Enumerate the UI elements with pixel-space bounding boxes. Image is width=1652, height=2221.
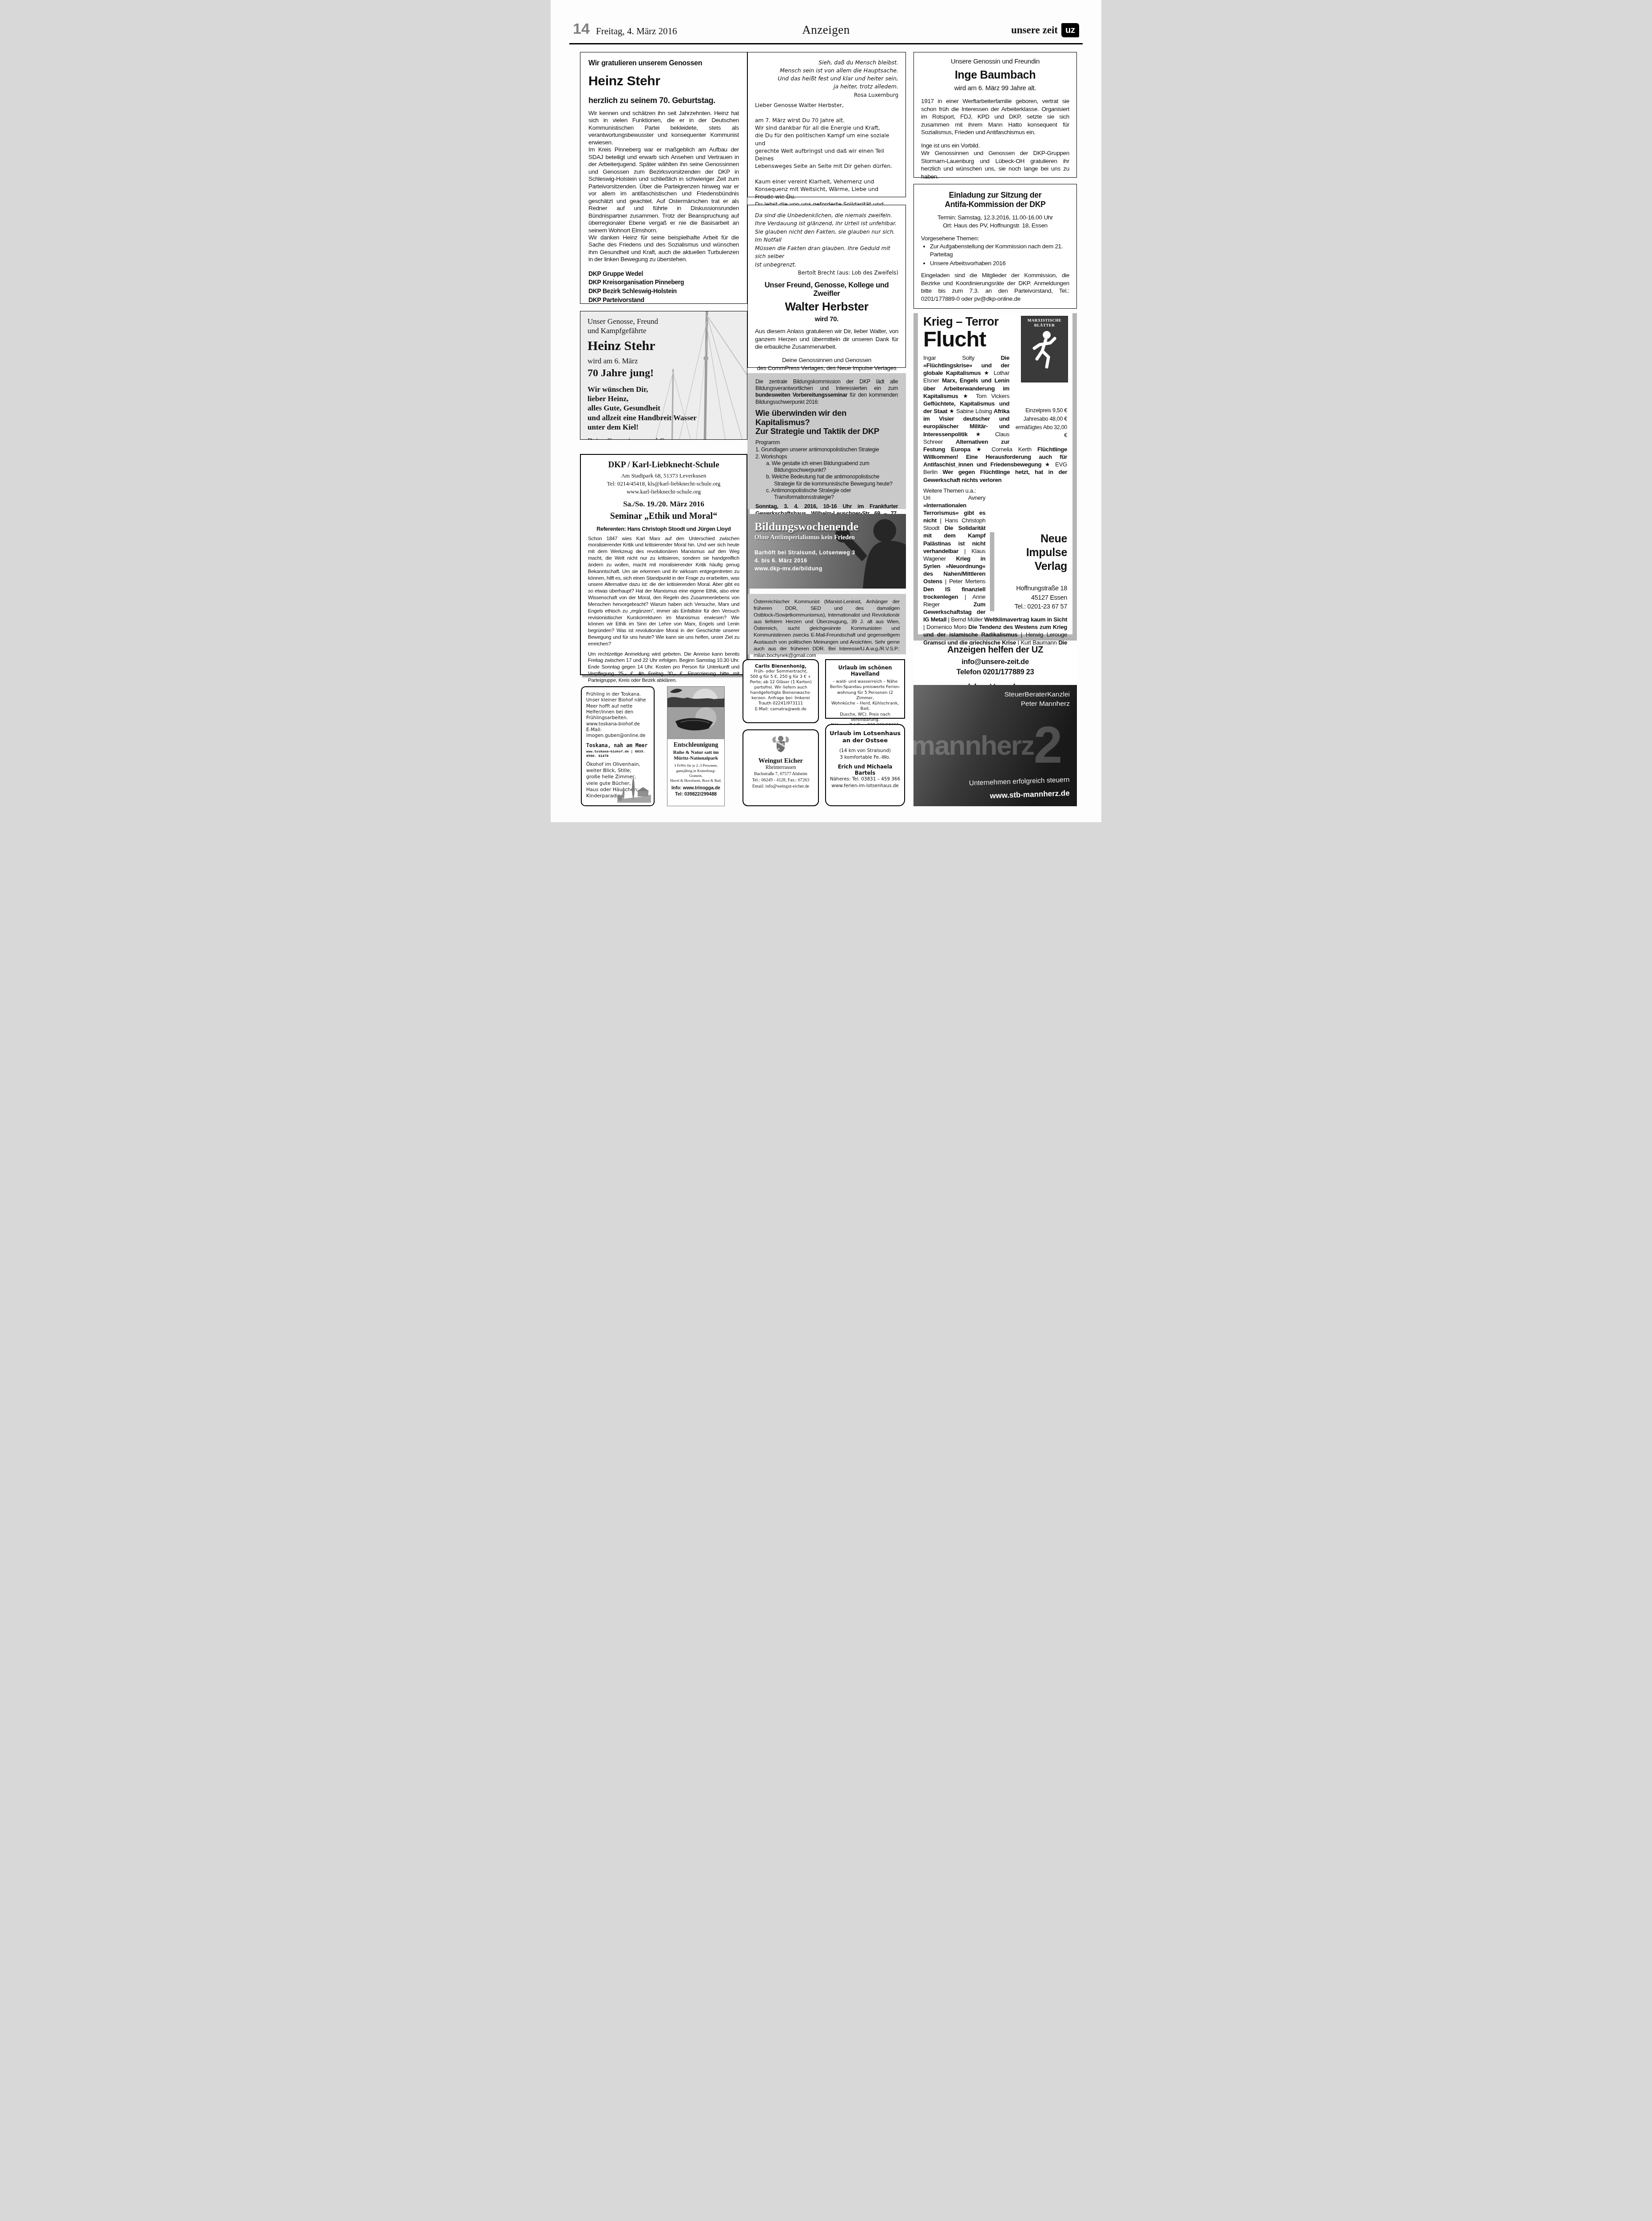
ad-website: www.toskana-biohof.de <box>586 721 649 727</box>
more-topics-label: Weitere Themen u.a.: <box>923 487 1067 494</box>
ad-bildungswochenende: Bildungswochenende Ohne Antiimperialismu… <box>747 514 906 589</box>
newspaper-page: 14 Freitag, 4. März 2016 Anzeigen unsere… <box>551 0 1101 822</box>
seminar-title: Seminar „Ethik und Moral“ <box>588 511 739 521</box>
ad-subtitle: wird am 6. März 99 Jahre alt. <box>921 84 1069 92</box>
tuscany-landscape-graphic <box>617 775 651 803</box>
ad-marxistische-blaetter: MARXISTISCHE BLÄTTER Krieg – Terror Fluc… <box>913 313 1077 641</box>
publisher-address: Hoffnungstraße 18 45127 Essen Tel.: 0201… <box>1000 584 1067 611</box>
ad-kicker: Unser Freund, Genosse, Kollege und Zweif… <box>755 281 898 298</box>
publisher-name: Neue Impulse Verlag <box>1000 532 1067 574</box>
ad-detail: 3 komfortable Fe.-Wo. <box>829 754 901 761</box>
ad-paragraph: Wir Genossinnen und Genossen der DKP-Gru… <box>921 149 1069 180</box>
uz-house-ad: Anzeigen helfen der UZ info@unsere-zeit.… <box>913 645 1077 681</box>
invitation-title: Einladung zur Sitzung der Antifa-Kommiss… <box>921 191 1069 209</box>
spacer <box>921 136 1069 142</box>
firm-name: SteuerBeraterKanzlei Peter Mannherz <box>1005 690 1070 709</box>
signature: DKP Kreisorganisation Pinneberg <box>588 278 739 287</box>
ad-title: Entschleunigung <box>670 742 722 749</box>
birthday-date: wird am 6. März <box>588 356 740 366</box>
ad-weingut-eicher: Weingut Eicher Rheinterrassen Bachstraße… <box>743 729 819 806</box>
ad-subtitle: Ruhe & Natur satt im Müritz-Nationalpark <box>670 750 722 761</box>
ad-antifa-kommission: Einladung zur Sitzung der Antifa-Kommiss… <box>913 184 1077 309</box>
owner-names: Erich und Michaela Bartels <box>829 764 901 776</box>
ad-description: Früh- oder Sommertracht, 500 g für 5 €, … <box>746 669 815 712</box>
ad-text: Bildungswochenende Ohne Antiimperialismu… <box>755 520 899 573</box>
ad-title: Bildungswochenende <box>755 520 899 533</box>
running-figure-graphic <box>1029 328 1060 372</box>
signature: DKP Bezirk Schleswig-Holstein <box>588 287 739 296</box>
ad-entschleunigung: Entschleunigung Ruhe & Natur satt im Mür… <box>667 686 725 806</box>
ad-paragraph: Im Kreis Pinneberg war er maßgeblich am … <box>588 146 739 234</box>
themes-list: Zur Aufgabenstellung der Kommission nach… <box>921 243 1069 267</box>
house-ad-title: Anzeigen helfen der UZ <box>913 645 1077 655</box>
brecht-quote: Da sind die Unbedenklichen, die niemals … <box>755 211 898 269</box>
ad-detail: (14 km von Stralsund) <box>829 748 901 754</box>
jubilee-name: Walter Herbster <box>755 300 898 314</box>
ad-title: Carlis Bienenhonig, <box>746 664 815 669</box>
ad-baumbach-birthday: Unsere Genossin und Freundin Inge Baumba… <box>913 52 1077 178</box>
uz-logo-icon: uz <box>1061 23 1079 37</box>
ad-paragraph: Aus diesem Anlass gratulieren wir Dir, l… <box>755 327 898 351</box>
wish-lines: Wir wünschen Dir, lieber Heinz, alles Gu… <box>588 385 740 432</box>
signature: DKP Gruppe Wedel <box>588 270 739 279</box>
ad-title: Urlaub im Lotsenhaus an der Ostsee <box>829 730 901 744</box>
school-contact: Tel: 0214/45418, kls@karl-liebknecht-sch… <box>588 480 739 488</box>
workshop-item: a. Wie gestalte ich einen Bildungsabend … <box>755 460 898 474</box>
program-item: 1. Grundlagen unserer antimonopolistisch… <box>755 446 898 453</box>
mannherz-watermark: mannherz2 <box>913 715 1062 775</box>
ad-bienenhonig: Carlis Bienenhonig, Früh- oder Sommertra… <box>743 659 819 723</box>
jubilee-name: Heinz Stehr <box>588 74 739 89</box>
signature: DKP Parteivorstand <box>588 296 739 305</box>
theme-item: Zur Aufgabenstellung der Kommission nach… <box>930 243 1069 258</box>
magazine-title: MARXISTISCHE BLÄTTER <box>1021 316 1068 328</box>
school-website: www.karl-liebknecht-schule.org <box>588 488 739 496</box>
house-ad-email: info@unsere-zeit.de <box>913 658 1077 666</box>
program-item: 2. Workshops <box>755 454 898 460</box>
firm-website: www.stb-mannherz.de <box>990 789 1070 800</box>
canoe-lake-photo <box>667 687 724 739</box>
ad-paragraph: Wir kennen und schätzen ihn seit Jahrzeh… <box>588 110 739 146</box>
price-list: Einzelpreis 9,50 € Jahresabo 48,00 € erm… <box>1014 406 1067 440</box>
event-when-where: Termin: Samstag, 12.3.2016, 11.00-16.00 … <box>921 214 1069 230</box>
seminar-description: Schon 1847 wies Karl Marx auf den Unters… <box>588 536 739 648</box>
ad-paragraph: Inge ist uns ein Vorbild. <box>921 142 1069 150</box>
event-details: Barhöft bei Stralsund, Lotsenweg 3 4. bi… <box>755 549 899 573</box>
ad-phone: Näheres: Tel. 03831 – 459 366 <box>829 776 901 783</box>
ad-website: Info: www.trinogga.de <box>670 785 722 791</box>
jubilee-name: Heinz Stehr <box>588 338 740 354</box>
themes-label: Vorgesehene Themen: <box>921 235 1069 242</box>
quote-author: Rosa Luxemburg <box>755 92 898 98</box>
magazine-cover: MARXISTISCHE BLÄTTER <box>1021 316 1068 382</box>
firm-tagline: Unternehmen erfolgreich steuern <box>969 776 1070 788</box>
school-address: Am Stadtpark 68, 51373 Leverkusen <box>588 472 739 480</box>
winery-name: Weingut Eicher <box>746 757 815 765</box>
ad-phone: Tel: 039822/299488 <box>670 791 722 797</box>
watermark-number: 2 <box>1034 716 1063 774</box>
ad-signatures: Deine Genossinnen und Genossen vom DKP-K… <box>588 436 740 440</box>
ad-text: Entschleunigung Ruhe & Natur satt im Mür… <box>667 739 724 800</box>
ad-kicker: Unsere Genossin und Freundin <box>921 58 1069 65</box>
ad-paragraph: Wir danken Heinz für seine beispielhafte… <box>588 234 739 263</box>
ad-signatures: DKP Gruppe Wedel DKP Kreisorganisation P… <box>588 270 739 304</box>
ad-headline: 70 Jahre jung! <box>588 367 740 379</box>
ad-intro: Frühling in der Toskana. Unser kleiner B… <box>586 692 649 721</box>
house-ad-phone: Telefon 0201/177889 23 <box>913 668 1077 677</box>
seminar-referees: Referenten: Hans Christoph Stoodt und Jü… <box>588 526 739 532</box>
jubilee-name: Inge Baumbach <box>921 69 1069 82</box>
ad-title: Urlaub im schönen Havelland <box>829 665 901 677</box>
ad-subtitle: herzlich zu seinem 70. Geburtstag. <box>588 96 739 105</box>
masthead: unsere zeit uz <box>1011 23 1079 37</box>
header-rule <box>569 43 1083 44</box>
workshop-item: b. Welche Bedeutung hat die antimonopoli… <box>755 474 898 487</box>
program-label: Programm <box>755 439 898 446</box>
seminar-date: Sa./So. 19./20. März 2016 <box>588 500 739 509</box>
winery-contact: Bachstraße 7, 67577 Alsheim Tel.: 06249 … <box>746 771 815 789</box>
seminar-intro: Die zentrale Bildungskommission der DKP … <box>755 378 898 406</box>
seminar-registration: Um rechtzeitige Anmeldung wird gebeten. … <box>588 651 739 684</box>
workshop-item: c. Antimonopolistische Strategie oder Tr… <box>755 487 898 501</box>
paper-name: unsere zeit <box>1011 24 1058 36</box>
more-topics: Neue Impulse Verlag Hoffnungstraße 18 45… <box>923 494 1067 669</box>
ad-kicker: Wir gratulieren unserem Genossen <box>588 60 739 68</box>
ad-toskana-biohof: Frühling in der Toskana. Unser kleiner B… <box>581 686 655 806</box>
ad-website: www.ferien-im-lotsenhaus.de <box>829 783 901 789</box>
theme-item: Unsere Arbeitsvorhaben 2016 <box>930 259 1069 267</box>
ad-paragraph: 1917 in einer Werftarbeiterfamilie gebor… <box>921 97 1069 136</box>
ad-text: Unser Genosse, Freund und Kampfgefährte … <box>588 317 740 440</box>
ad-subtitle: Ohne Antiimperialismus kein Frieden <box>755 534 899 541</box>
canoe-lake-photo-graphic <box>667 687 724 739</box>
ad-subtitle: wird 70. <box>755 315 898 323</box>
ad-lotsenhaus: Urlaub im Lotsenhaus an der Ostsee (14 k… <box>825 724 905 806</box>
ad-title: Toskana, nah am Meer <box>586 742 649 749</box>
ad-bildungsseminar: Die zentrale Bildungskommission der DKP … <box>747 373 906 509</box>
ad-herbster-letter: Sieh, daß du Mensch bleibst. Mensch sein… <box>747 52 906 197</box>
ad-stehr-birthday: Wir gratulieren unserem Genossen Heinz S… <box>580 52 747 304</box>
ad-kicker: Unser Genosse, Freund und Kampfgefährte <box>588 317 740 336</box>
ad-description: – wald- und wasserreich – Nähe Berlin-Sp… <box>829 679 901 728</box>
ad-stehr-70-jahre: Unser Genosse, Freund und Kampfgefährte … <box>580 311 747 440</box>
publisher-block: Neue Impulse Verlag Hoffnungstraße 18 45… <box>990 532 1067 612</box>
winery-subtitle: Rheinterrassen <box>746 765 815 770</box>
ad-mannherz-steuerberater: SteuerBeraterKanzlei Peter Mannherz mann… <box>913 685 1077 806</box>
winery-crest-icon <box>770 734 791 754</box>
seminar-title: Wie überwinden wir den Kapitalismus? Zur… <box>755 409 898 436</box>
watermark-word: mannherz <box>913 730 1034 761</box>
ad-email: E-Mail: imogen.guben@online.de <box>586 727 649 739</box>
luxemburg-quote: Sieh, daß du Mensch bleibst. Mensch sein… <box>755 59 898 91</box>
ad-contact: www.toskana-biohof.de | 0039. 0566. 8147… <box>586 749 649 758</box>
ad-description: 3 FeWo für je 2–3 Personen, ganzjährig i… <box>670 763 722 783</box>
school-name: DKP / Karl-Liebknecht-Schule <box>588 460 739 470</box>
ad-karl-liebknecht-schule: DKP / Karl-Liebknecht-Schule Am Stadtpar… <box>580 454 747 675</box>
invitation-closing: Eingeladen sind die Mitglieder der Kommi… <box>921 271 1069 303</box>
ad-austria-contact: Österreichischer Kommunist (Marxist-Leni… <box>747 594 906 654</box>
ad-herbster-70: Da sind die Unbedenklichen, die niemals … <box>747 205 906 368</box>
quote-author: Bertolt Brecht (aus: Lob des Zweifels) <box>755 270 898 276</box>
ad-havelland: Urlaub im schönen Havelland – wald- und … <box>825 659 905 719</box>
